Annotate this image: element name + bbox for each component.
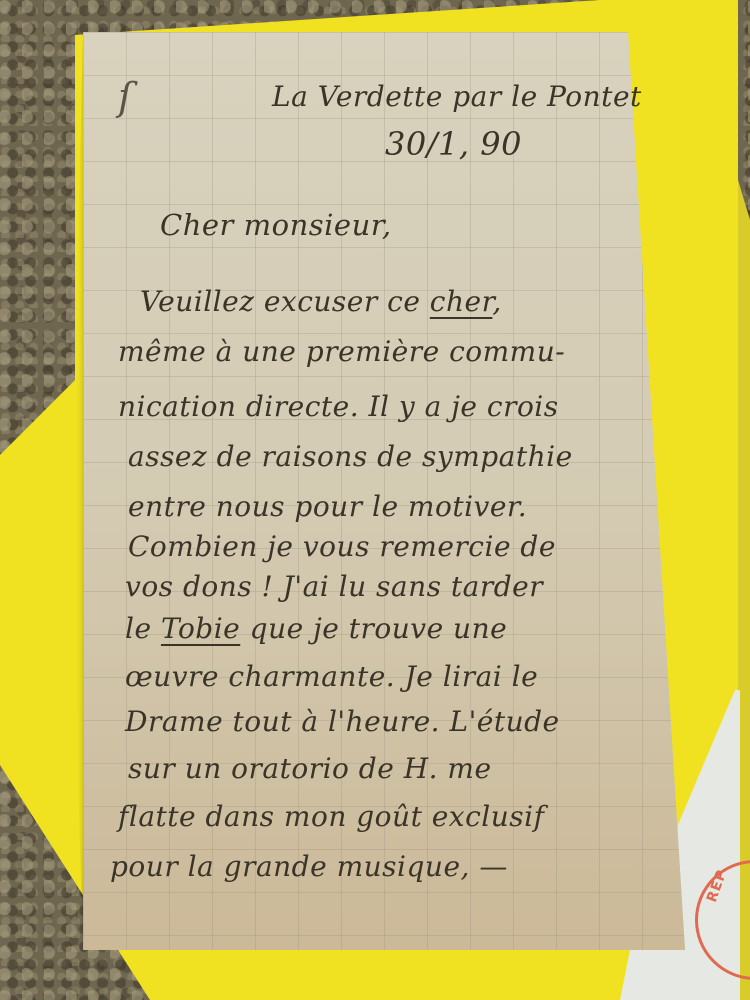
letter-line: vos dons ! J'ai lu sans tarder xyxy=(125,570,543,603)
letter-line: Veuillez excuser ce cher, xyxy=(140,285,502,318)
letter-line: même à une première commu- xyxy=(118,335,565,368)
underlined-word: Tobie xyxy=(161,612,240,645)
letter-place: La Verdette par le Pontet xyxy=(272,80,642,113)
letter-line: Drame tout à l'heure. L'étude xyxy=(125,705,560,738)
letter-line: entre nous pour le motiver. xyxy=(128,490,527,523)
letter-line: assez de raisons de sympathie xyxy=(128,440,573,473)
letter-line: pour la grande musique, — xyxy=(110,850,508,883)
letter-line: sur un oratorio de H. me xyxy=(128,752,492,785)
underlined-word: cher xyxy=(430,285,493,318)
letter-line: Combien je vous remercie de xyxy=(128,530,556,563)
line-text: , xyxy=(492,285,501,318)
letter-line: nication directe. Il y a je crois xyxy=(118,390,559,423)
letter-salutation: Cher monsieur, xyxy=(160,208,392,242)
line-text: que je trouve une xyxy=(240,612,507,645)
letter-date: 30/1, 90 xyxy=(385,125,522,163)
letter-line: œuvre charmante. Je lirai le xyxy=(125,660,538,693)
letter-line: flatte dans mon goût exclusif xyxy=(118,800,544,833)
letter-line: le Tobie que je trouve une xyxy=(125,612,507,645)
line-text: Veuillez excuser ce xyxy=(140,285,430,318)
corner-mark: ſ xyxy=(118,75,133,119)
line-text: le xyxy=(125,612,161,645)
